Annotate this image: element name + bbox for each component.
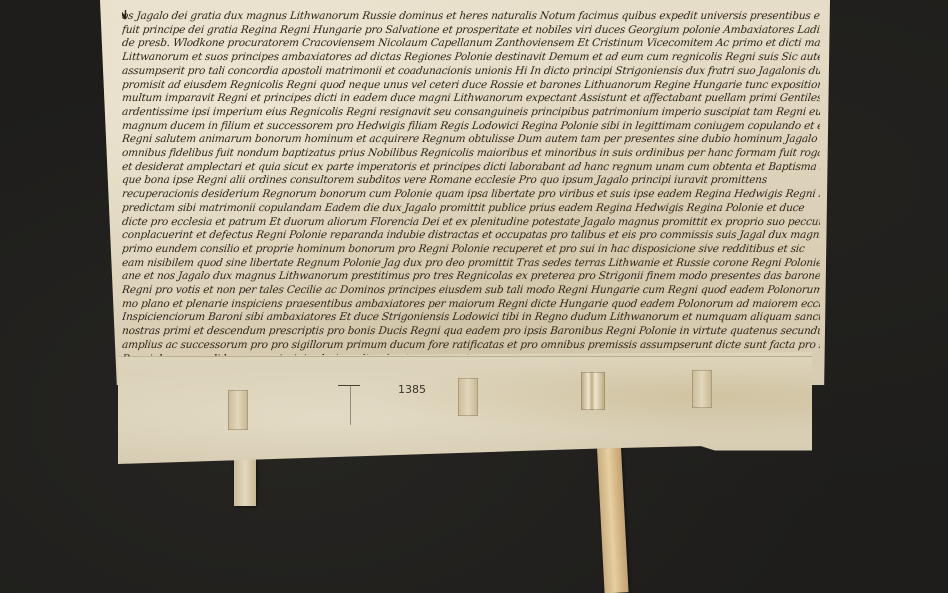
text-line: assumpserit pro tali concordia apostoli … [122, 65, 820, 79]
seal-slit [228, 390, 248, 430]
seal-slit [692, 370, 712, 408]
text-line: Regni salutem animarum bonorum hominum e… [122, 133, 820, 147]
text-line: que bona ipse Regni alii ordines consult… [122, 174, 820, 188]
text-line: promisit ad eiusdem Regnicolis Regni quo… [122, 79, 820, 93]
text-line: nostras primi et descendum prescriptis p… [122, 325, 820, 339]
text-line: amplius ac successorum pro pro sigilloru… [122, 339, 820, 353]
seal-slit [458, 378, 478, 416]
seal-tag-left [234, 458, 256, 506]
charter-text: N os Jagalo dei gratia dux magnus Lithwa… [122, 10, 820, 366]
text-line: predictam sibi matrimonii copulandam Ead… [122, 202, 820, 216]
text-line: conplacuerint et defectus Regni Polonie … [122, 229, 820, 243]
text-line: ane et nos Jagalo dux magnus Lithwanorum… [122, 270, 820, 284]
text-line: et desiderat amplectari et quia sicut ex… [122, 161, 820, 175]
text-line: Inspicienciorum Baroni sibi ambaxiatores… [122, 311, 820, 325]
seal-slit-with-strap [581, 372, 605, 410]
text-line: dicte pro ecclesia et patrum Et duorum a… [122, 216, 820, 230]
text-line: eam nisibilem quod sine libertate Regnum… [122, 257, 820, 271]
text-line: Regni pro votis et non per tales Cecilie… [122, 284, 820, 298]
text-line: ardentissime ipsi imperium eius Regnicol… [122, 106, 820, 120]
date-annotation: 1385 [398, 383, 426, 396]
text-line: primo eundem consilio et proprie hominum… [122, 243, 820, 257]
text-line: mo plano et plenarie inspiciens praesent… [122, 298, 820, 312]
text-line: fuit principe dei gratia Regina Regni Hu… [122, 24, 820, 38]
ruled-mark [350, 385, 351, 425]
text-line: magnum ducem in filium et successorem pr… [122, 120, 820, 134]
fold-line [118, 356, 812, 357]
text-line: de presb. Wlodkone procuratorem Cracovie… [122, 37, 820, 51]
text-line: Littwanorum et suos principes ambaxiator… [122, 51, 820, 65]
ruled-mark [338, 385, 360, 386]
text-line: os Jagalo dei gratia dux magnus Lithwano… [122, 10, 820, 24]
text-line: recuperacionis desiderium Regnorum bonor… [122, 188, 820, 202]
text-line: omnibus fidelibus fuit nondum baptizatus… [122, 147, 820, 161]
text-line: multum imparavit Regni et principes dict… [122, 92, 820, 106]
parchment-charter: N os Jagalo dei gratia dux magnus Lithwa… [100, 0, 830, 385]
plica-fold [118, 352, 812, 464]
